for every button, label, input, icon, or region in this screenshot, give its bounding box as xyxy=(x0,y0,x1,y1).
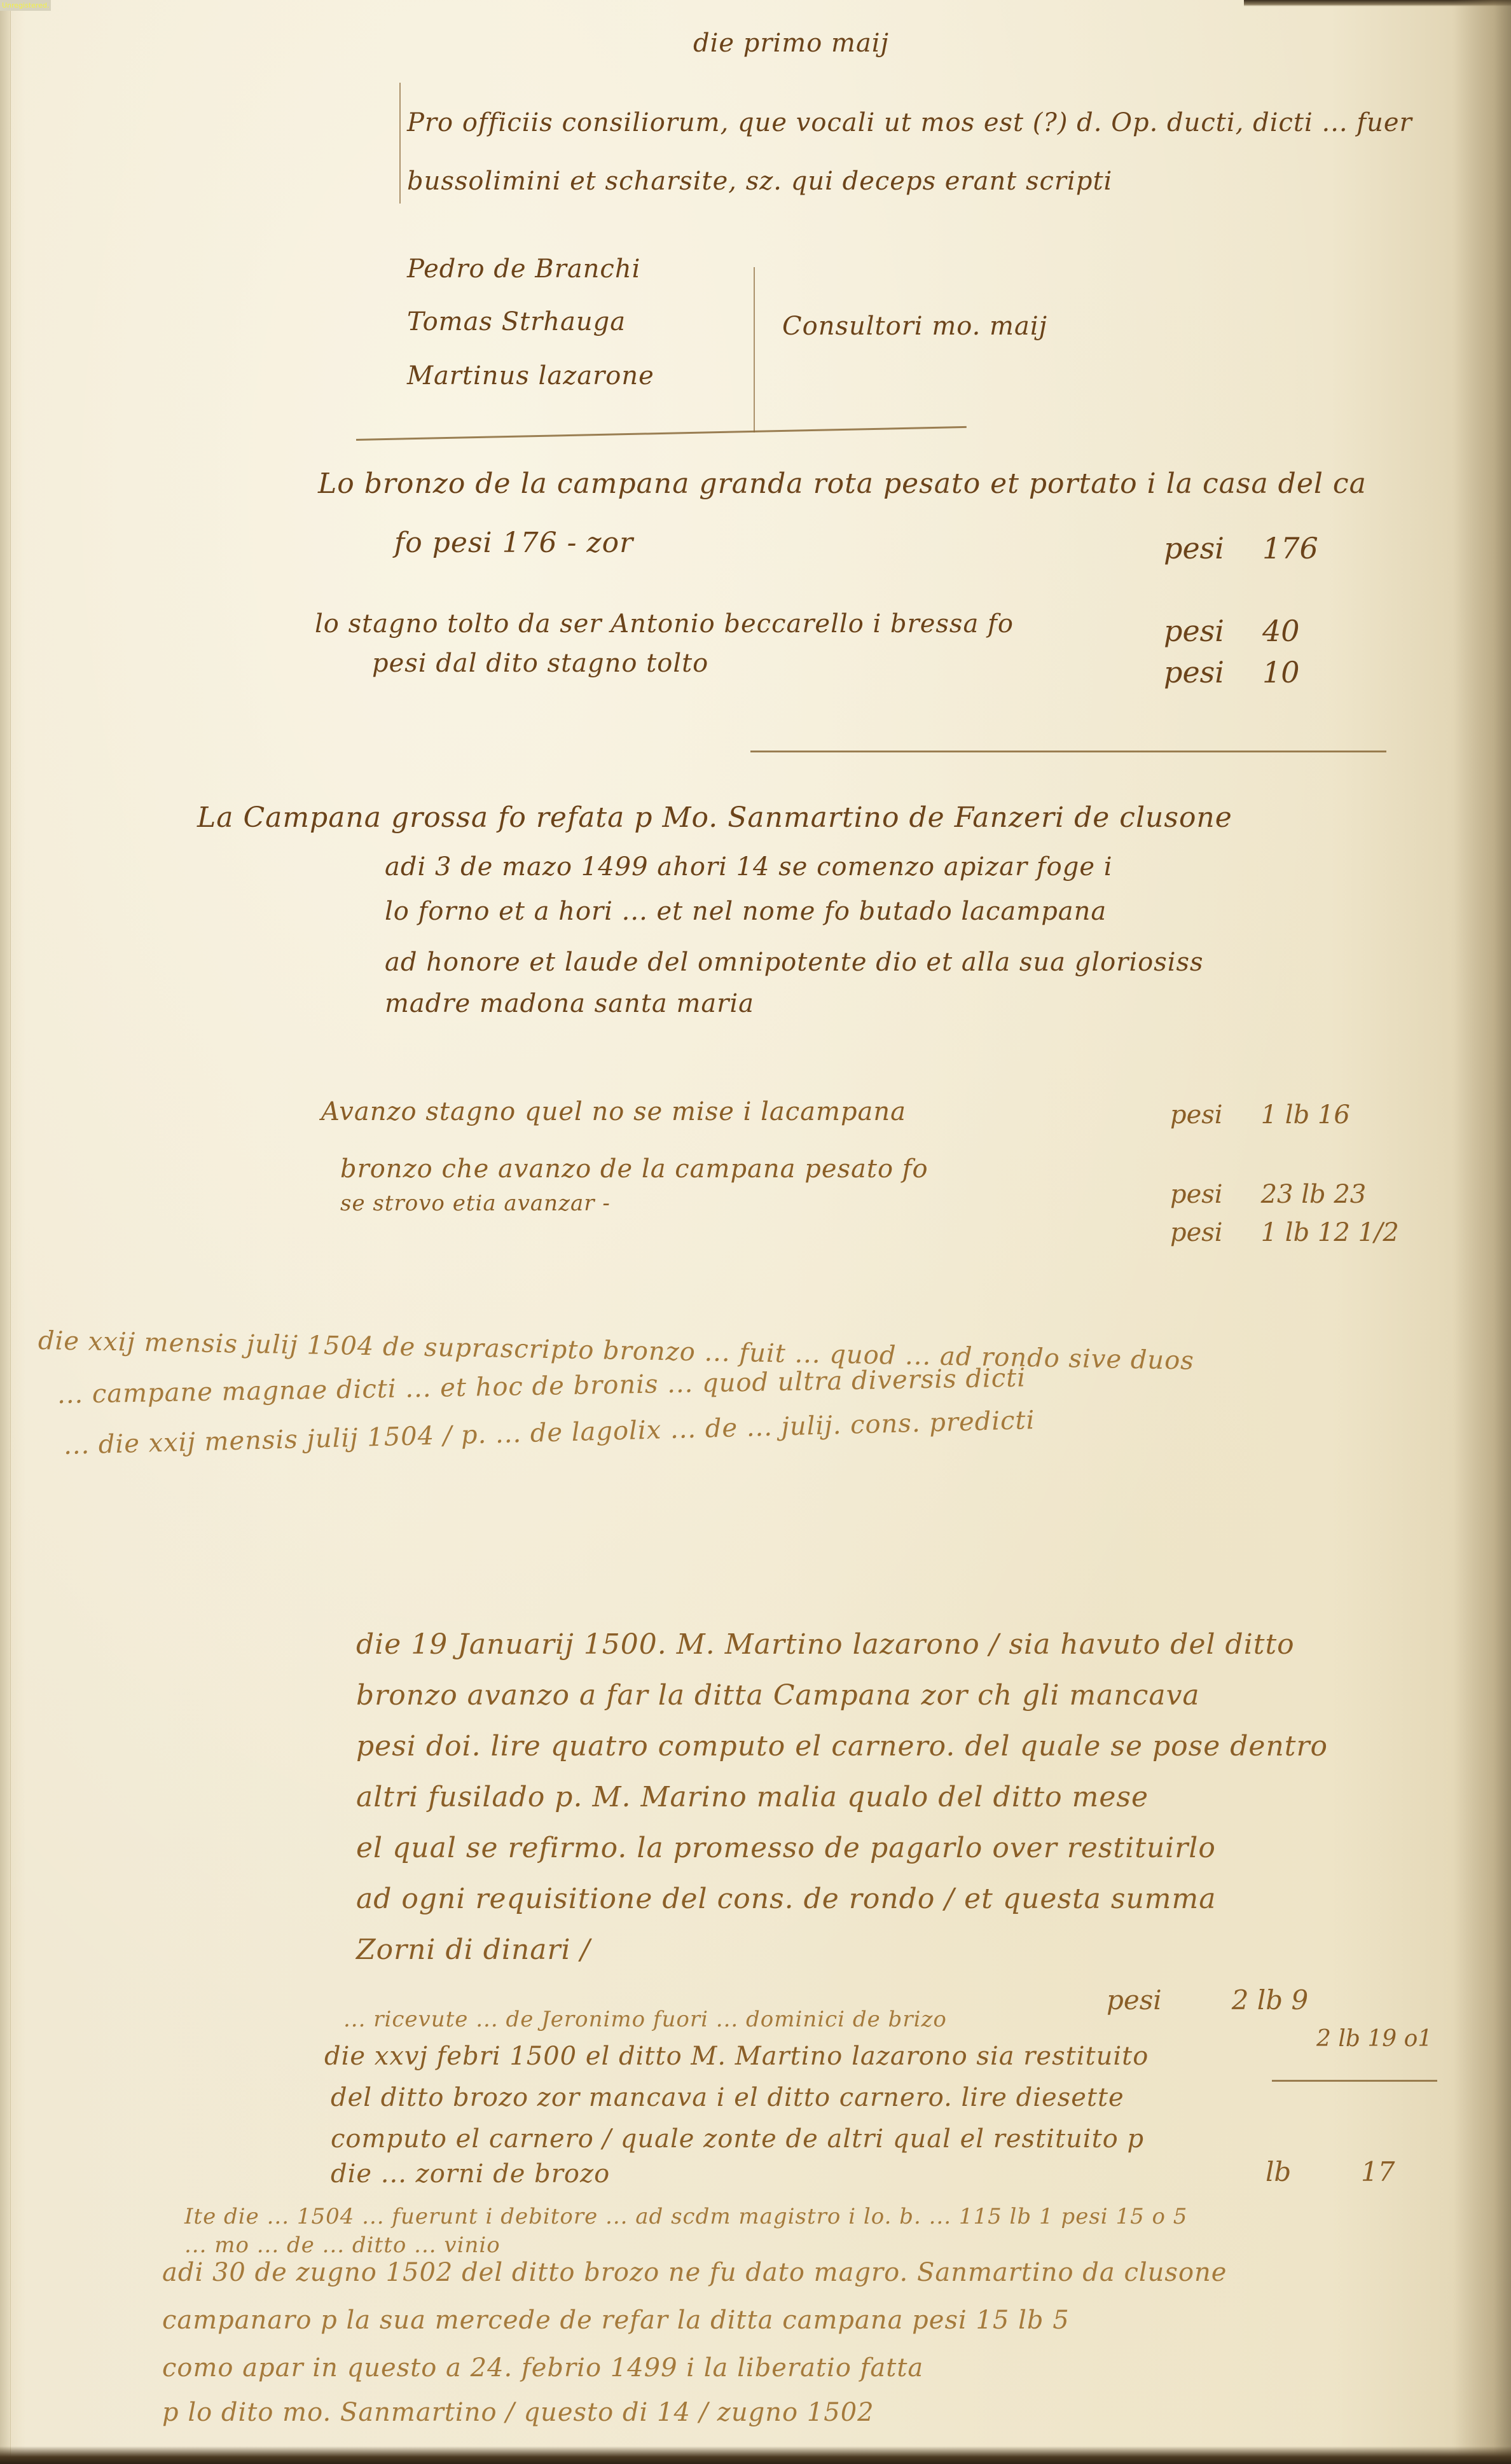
february-amount: lb17 xyxy=(1266,2156,1395,2187)
february-line-4: computo el carnero / quale zonte de altr… xyxy=(331,2124,1144,2154)
section-divider xyxy=(356,426,967,441)
bracket-line xyxy=(399,83,401,204)
leftover-line-1: Avanzo stagno quel no se mise i lacampan… xyxy=(321,1097,906,1126)
final-note-line-1: Ite die ... 1504 ... fuerunt i debitore … xyxy=(184,2204,1187,2229)
bronze-line-1: Lo bronzo de la campana granda rota pesa… xyxy=(318,467,1367,500)
january-amount-2: 2 lb 19 o1 xyxy=(1316,2026,1432,2052)
page-bottom-edge xyxy=(0,2446,1511,2464)
january-line-2: bronzo avanzo a far la ditta Campana zor… xyxy=(356,1679,1200,1712)
official-name-2: Tomas Strhauga xyxy=(407,307,626,336)
january-line-3: pesi doi. lire quatro computo el carnero… xyxy=(356,1730,1328,1762)
recast-line-3: lo forno et a hori ... et nel nome fo bu… xyxy=(385,897,1107,926)
recast-line-4: ad honore et laude del omnipotente dio e… xyxy=(385,948,1204,977)
bronze-amount: pesi176 xyxy=(1164,531,1318,565)
leftover-line-2: bronzo che avanzo de la campana pesato f… xyxy=(340,1154,928,1184)
unregistered-watermark: Unregistered. xyxy=(0,0,51,11)
leftover-line-3: se strovo etia avanzar - xyxy=(340,1191,611,1216)
final-note-line-6: p lo dito mo. Sanmartino / questo di 14 … xyxy=(162,2398,874,2427)
february-line-1: ... ricevute ... de Jeronimo fuori ... d… xyxy=(343,2007,947,2032)
tin-amount-2: pesi10 xyxy=(1164,655,1300,689)
february-line-3: del ditto brozo zor mancava i el ditto c… xyxy=(331,2083,1124,2112)
officials-line-2: bussolimini et scharsite, sz. qui deceps… xyxy=(407,167,1112,196)
manuscript-page: Unregistered. die primo maij Pro officii… xyxy=(0,0,1511,2464)
january-line-4: altri fusilado p. M. Marino malia qualo … xyxy=(356,1781,1149,1813)
final-note-line-2: ... mo ... de ... ditto ... vinio xyxy=(184,2232,500,2258)
official-name-3: Martinus lazarone xyxy=(407,361,654,391)
officials-line-1: Pro officiis consiliorum, que vocali ut … xyxy=(407,108,1412,137)
january-line-6: ad ogni requisitione del cons. de rondo … xyxy=(356,1883,1216,1915)
recast-line-5: madre madona santa maria xyxy=(385,989,754,1018)
column-divider xyxy=(754,267,755,433)
january-line-7: Zorni di dinari / xyxy=(356,1934,590,1966)
july-note-line-3: ... die xxij mensis julij 1504 / p. ... … xyxy=(63,1406,1035,1460)
sum-rule xyxy=(1272,2080,1437,2082)
page-heading: die primo maij xyxy=(693,29,889,58)
leftover-amount-1: pesi1 lb 16 xyxy=(1170,1100,1350,1130)
section-divider-2 xyxy=(750,751,1386,752)
official-name-1: Pedro de Branchi xyxy=(407,254,640,284)
leftover-amount-3: pesi1 lb 12 1/2 xyxy=(1170,1218,1399,1247)
page-binding-edge xyxy=(0,0,11,2464)
january-line-5: el qual se refirmo. la promesso de pagar… xyxy=(356,1832,1216,1864)
february-line-2: die xxvj febri 1500 el ditto M. Martino … xyxy=(324,2042,1149,2071)
recast-line-1: La Campana grossa fo refata p Mo. Sanmar… xyxy=(197,801,1232,834)
final-note-line-5: como apar in questo a 24. febrio 1499 i … xyxy=(162,2353,923,2383)
page-curl-shadow xyxy=(1454,0,1511,2464)
tin-line-1: lo stagno tolto da ser Antonio beccarell… xyxy=(315,609,1014,639)
recast-line-2: adi 3 de mazo 1499 ahori 14 se comenzo a… xyxy=(385,852,1113,882)
leftover-amount-2: pesi23 lb 23 xyxy=(1170,1180,1366,1209)
january-amount-1: pesi2 lb 9 xyxy=(1107,1984,1308,2016)
final-note-line-3: adi 30 de zugno 1502 del ditto brozo ne … xyxy=(162,2258,1227,2287)
tin-amount-1: pesi40 xyxy=(1164,614,1300,648)
january-line-1: die 19 Januarij 1500. M. Martino lazaron… xyxy=(356,1628,1295,1661)
final-note-line-4: campanaro p la sua mercede de refar la d… xyxy=(162,2306,1070,2335)
tin-line-2: pesi dal dito stagno tolto xyxy=(372,649,708,678)
bronze-line-2: fo pesi 176 - zor xyxy=(394,527,633,559)
february-line-5: die ... zorni de brozo xyxy=(331,2159,610,2189)
july-note-line-2: ... campane magnae dicti ... et hoc de b… xyxy=(57,1363,1026,1409)
officials-role: Consultori mo. maij xyxy=(782,312,1047,341)
